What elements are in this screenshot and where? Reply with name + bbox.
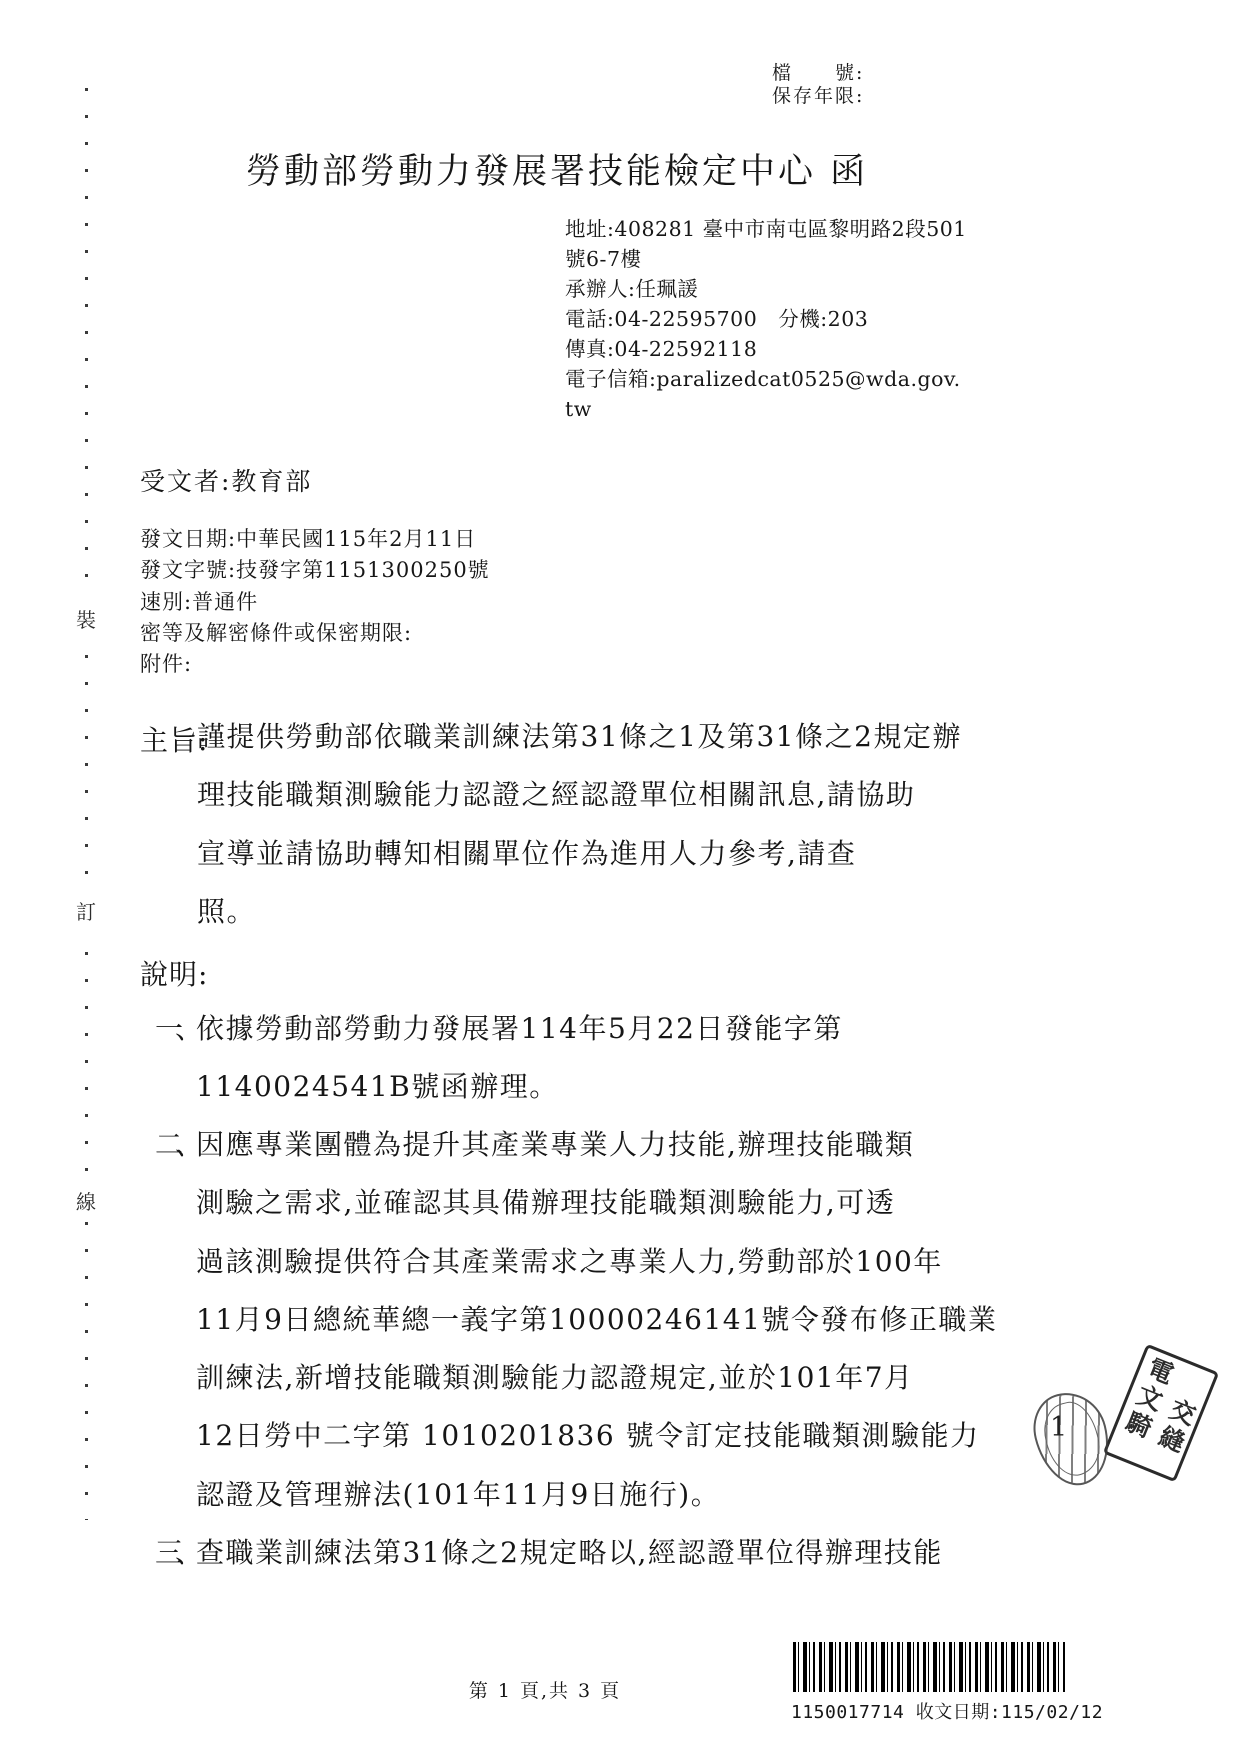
subject-line: 理技能職類測驗能力認證之經認證單位相關訊息,請協助 [197,766,987,824]
archive-label-block: 檔 號: 保存年限: [772,62,864,108]
recipient-line: 受文者:教育部 [140,462,312,498]
explanation-label: 說明: [140,953,208,993]
barcode-received-text: 1150017714 收文日期:115/02/12 [791,1698,1103,1724]
sender-info-block: 地址:408281 臺中市南屯區黎明路2段501 號6-7樓 承辦人:任珮諼 電… [565,214,967,424]
sender-address-line2: 號6-7樓 [565,244,967,274]
document-meta-block: 發文日期:中華民國115年2月11日 發文字號:技發字第1151300250號 … [140,524,490,680]
riding-seam-stamp: 電文騎 交縫 [1103,1344,1220,1483]
sender-contact-person: 承辦人:任珮諼 [565,274,967,304]
item-text: 查職業訓練法第31條之2規定略以,經認證單位得辦理技能 [196,1524,943,1582]
binding-mark-ding: 訂 [70,892,102,929]
issue-date-line: 發文日期:中華民國115年2月11日 [140,524,490,555]
item-line: 1140024541B號函辦理。 [196,1058,843,1116]
priority-line: 速別:普通件 [140,587,490,618]
subject-line: 宣導並請協助轉知相關單位作為進用人力參考,請查 [197,825,987,883]
binding-mark-xian: 線 [70,1182,102,1219]
document-title: 勞動部勞動力發展署技能檢定中心 函 [246,144,868,194]
explanation-item-1: 一、 依據勞動部勞動力發展署114年5月22日發能字第 1140024541B號… [155,1000,843,1117]
item-line: 12日勞中二字第 1010201836 號令訂定技能職類測驗能力 [196,1407,997,1465]
sender-phone: 電話:04-22595700 分機:203 [565,304,967,334]
official-letter-page: 裝 訂 線 檔 號: 保存年限: 勞動部勞動力發展署技能檢定中心 函 地址:40… [0,0,1241,1754]
item-line: 11月9日總統華總一義字第10000246141號令發布修正職業 [196,1291,997,1349]
item-line: 依據勞動部勞動力發展署114年5月22日發能字第 [196,1000,843,1058]
seal-page-number: 1 [1050,1412,1067,1443]
subject-line: 照。 [197,883,987,941]
item-line: 過該測驗提供符合其產業需求之專業人力,勞動部於100年 [196,1233,997,1291]
ornate-seal-stamp [1026,1385,1119,1494]
seal-inner-ring [1038,1397,1106,1481]
item-line: 因應專業團體為提升其產業專業人力技能,辦理技能職類 [196,1116,997,1174]
attachment-line: 附件: [140,649,490,680]
sender-address-line1: 地址:408281 臺中市南屯區黎明路2段501 [565,214,967,244]
subject-line: 謹提供勞動部依職業訓練法第31條之1及第31條之2規定辦 [197,708,987,766]
reference-number-line: 發文字號:技發字第1151300250號 [140,555,490,586]
sender-email-line2: tw [565,394,967,424]
binding-dotted-line [85,88,88,1520]
explanation-item-3: 三、 查職業訓練法第31條之2規定略以,經認證單位得辦理技能 [155,1524,943,1582]
classification-line: 密等及解密條件或保密期限: [140,618,490,649]
item-line: 查職業訓練法第31條之2規定略以,經認證單位得辦理技能 [196,1524,943,1582]
item-text: 依據勞動部勞動力發展署114年5月22日發能字第 1140024541B號函辦理… [196,1000,843,1117]
retention-period-label: 保存年限: [772,85,864,108]
sender-email-line1: 電子信箱:paralizedcat0525@wda.gov. [565,364,967,394]
binding-mark-zhuang: 裝 [70,600,102,637]
explanation-item-2: 二、 因應專業團體為提升其產業專業人力技能,辦理技能職類 測驗之需求,並確認其具… [155,1116,997,1524]
item-line: 認證及管理辦法(101年11月9日施行)。 [196,1466,997,1524]
file-number-label: 檔 號: [772,62,864,85]
sender-fax: 傳真:04-22592118 [565,334,967,364]
item-number: 一、 [155,1000,196,1058]
item-line: 測驗之需求,並確認其具備辦理技能職類測驗能力,可透 [196,1174,997,1232]
item-number: 二、 [155,1116,196,1174]
subject-body: 謹提供勞動部依職業訓練法第31條之1及第31條之2規定辦 理技能職類測驗能力認證… [197,708,987,941]
item-line: 訓練法,新增技能職類測驗能力認證規定,並於101年7月 [196,1349,997,1407]
item-number: 三、 [155,1524,196,1582]
item-text: 因應專業團體為提升其產業專業人力技能,辦理技能職類 測驗之需求,並確認其具備辦理… [196,1116,997,1524]
page-number-footer: 第 1 頁,共 3 頁 [440,1676,650,1703]
barcode [793,1642,1065,1692]
